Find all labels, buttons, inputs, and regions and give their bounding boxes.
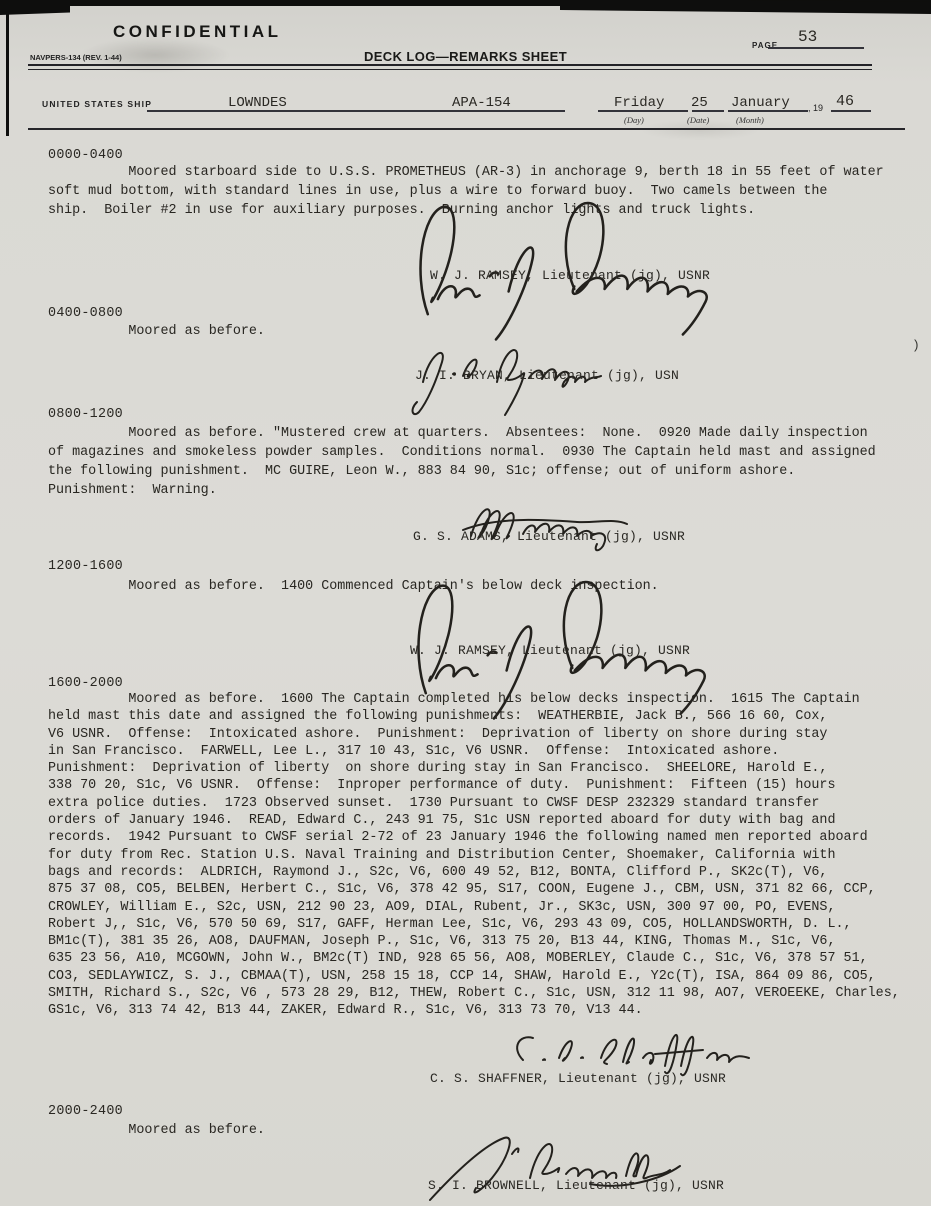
remarks-text: Moored as before. "Mustered crew at quar… (48, 424, 876, 500)
month-caption: (Month) (736, 115, 764, 125)
year-value: 46 (836, 93, 854, 110)
remarks-text: Moored as before. (48, 322, 265, 341)
watch-time-heading: 0000-0400 (48, 148, 123, 163)
handwritten-signature-adams (412, 494, 692, 562)
remarks-text: Moored starboard side to U.S.S. PROMETHE… (48, 163, 884, 220)
deck-log-page: CONFIDENTIAL PAGE 53 NAVPERS-134 (REV. 1… (0, 0, 931, 1206)
watch-time-heading: 2000-2400 (48, 1104, 123, 1119)
ship-label: UNITED STATES SHIP (42, 99, 152, 109)
page-number: 53 (798, 28, 817, 46)
signature-typed: C. S. SHAFFNER, Lieutenant (jg), USNR (430, 1071, 726, 1086)
handwritten-signature-brownell (412, 1126, 722, 1206)
year-prefix: , 19 (808, 103, 823, 113)
header-bottom-rule (28, 128, 905, 130)
remarks-text: Moored as before. 1600 The Captain compl… (48, 691, 900, 1020)
date-value: 25 (691, 95, 708, 111)
scan-edge-top-right (560, 0, 931, 14)
signature-typed: W. J. RAMSEY, Lieutenant (jg), USNR (430, 268, 710, 283)
signature-typed: W. J. RAMSEY, Lieutenant (jg), USNR (410, 643, 690, 658)
watch-time-heading: 1600-2000 (48, 676, 123, 691)
document-title: DECK LOG—REMARKS SHEET (0, 49, 931, 64)
classification-banner: CONFIDENTIAL (113, 22, 282, 42)
scan-edge-top-left (0, 0, 70, 15)
watch-time-heading: 1200-1600 (48, 559, 123, 574)
stray-scan-mark: ) (912, 338, 920, 353)
day-value: Friday (614, 95, 664, 111)
month-value: January (731, 95, 790, 111)
hull-number: APA-154 (452, 95, 511, 111)
year-line (831, 110, 871, 112)
watch-time-heading: 0800-1200 (48, 407, 123, 422)
remarks-text: Moored as before. (48, 1121, 265, 1140)
scan-edge-left (6, 8, 9, 136)
remarks-text: Moored as before. 1400 Commenced Captain… (48, 577, 659, 596)
watch-time-heading: 0400-0800 (48, 306, 123, 321)
signature-typed: S. I. BROWNELL, Lieutenant (jg), USNR (428, 1178, 724, 1193)
day-caption: (Day) (624, 115, 644, 125)
date-caption: (Date) (687, 115, 709, 125)
ship-name: LOWNDES (228, 95, 287, 111)
signature-typed: G. S. ADAMS, Lieutenant (jg), USNR (413, 529, 685, 544)
header-double-rule (28, 64, 872, 70)
signature-typed: J. I. BRYAN, Lieutenant (jg), USN (415, 368, 679, 383)
